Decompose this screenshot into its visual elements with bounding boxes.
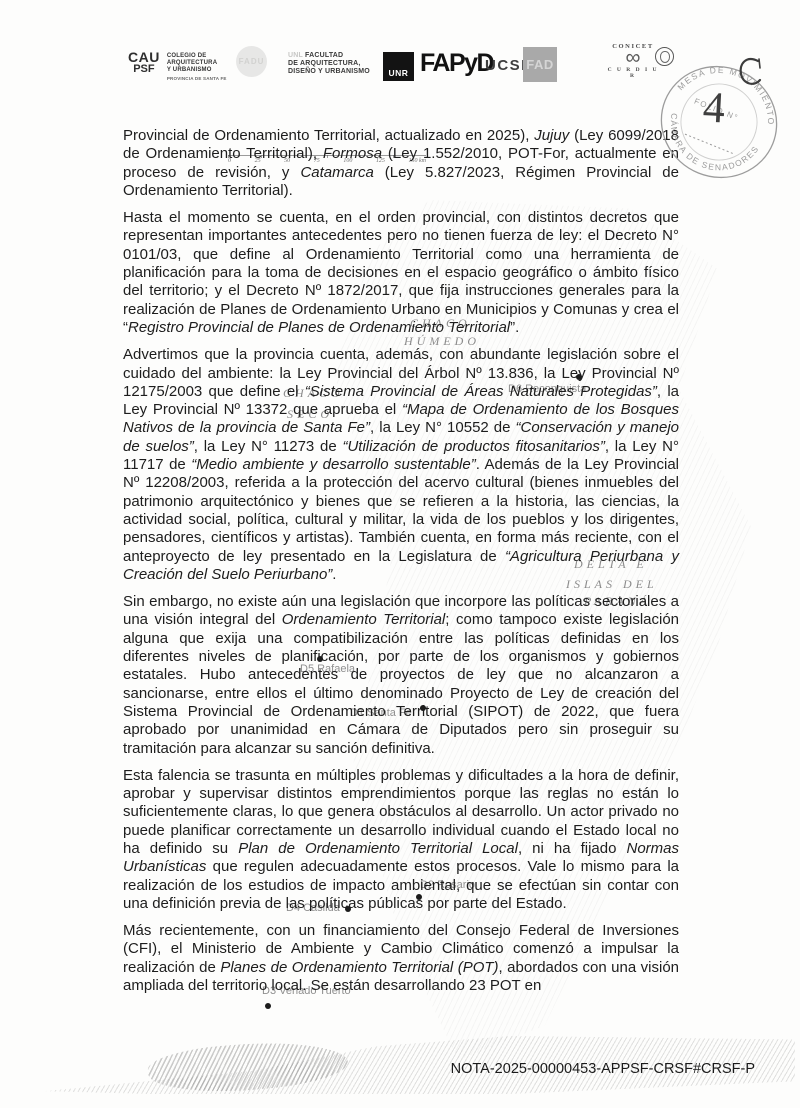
paragraph: Hasta el momento se cuenta, en el orden … bbox=[123, 209, 679, 337]
cau-province: PROVINCIA DE SANTA FE bbox=[167, 75, 227, 82]
document-number: NOTA-2025-00000453-APPSF-CRSF#CRSF-P bbox=[451, 1061, 755, 1077]
fad-logo: FAD bbox=[523, 47, 557, 82]
infinity-icon: ∞ bbox=[606, 50, 660, 66]
fadu-line: DE ARQUITECTURA, bbox=[288, 60, 370, 68]
paragraph: Sin embargo, no existe aún una legislaci… bbox=[123, 593, 679, 758]
svg-text:MESA DE MOVIMIENTO: MESA DE MOVIMIENTO bbox=[674, 62, 782, 129]
fadu-line: FACULTAD bbox=[305, 52, 343, 59]
bottom-scan-blob bbox=[147, 1037, 350, 1097]
paragraph: Provincial de Ordenamiento Territorial, … bbox=[123, 127, 679, 200]
paragraph: Más recientemente, con un financiamiento… bbox=[123, 922, 679, 995]
paragraph: Advertimos que la provincia cuenta, adem… bbox=[123, 346, 679, 584]
curdiur-label: C U R D I U R bbox=[606, 67, 660, 79]
fapyd-logo: FAPyD bbox=[420, 49, 493, 78]
unl-prefix: UNL bbox=[288, 52, 303, 59]
paragraph: Esta falencia se trasunta en múltiples p… bbox=[123, 767, 679, 913]
logo-cau-psf: CAU PSF COLEGIO DE ARQUITECTURA Y URBANI… bbox=[128, 51, 227, 82]
fadu-logo-icon: FADU bbox=[236, 46, 267, 77]
fadu-line: DISEÑO Y URBANISMO bbox=[288, 68, 370, 76]
cau-org-line: ARQUITECTURA bbox=[167, 60, 227, 67]
psf-acronym: PSF bbox=[128, 64, 160, 75]
cau-org-line: Y URBANISMO bbox=[167, 67, 227, 74]
unr-logo: UNR bbox=[383, 52, 414, 81]
cau-org-line: COLEGIO DE bbox=[167, 53, 227, 60]
pen-mark bbox=[737, 54, 765, 90]
document-footer: NOTA-2025-00000453-APPSF-CRSF#CRSF-P bbox=[451, 1061, 755, 1077]
stamp-arc-top-text: MESA DE MOVIMIENTO bbox=[674, 62, 782, 129]
document-body: Provincial de Ordenamiento Territorial, … bbox=[123, 127, 679, 1004]
document-page: 0255075100125150 km CHACOHÚMEDOD6 Reconq… bbox=[0, 0, 800, 1108]
folio-number: 4 bbox=[702, 85, 726, 130]
logo-unl-fadu: UNL FACULTAD DE ARQUITECTURA, DISEÑO Y U… bbox=[288, 52, 370, 76]
conicet-logo: CONICET ∞ C U R D I U R bbox=[606, 43, 660, 79]
